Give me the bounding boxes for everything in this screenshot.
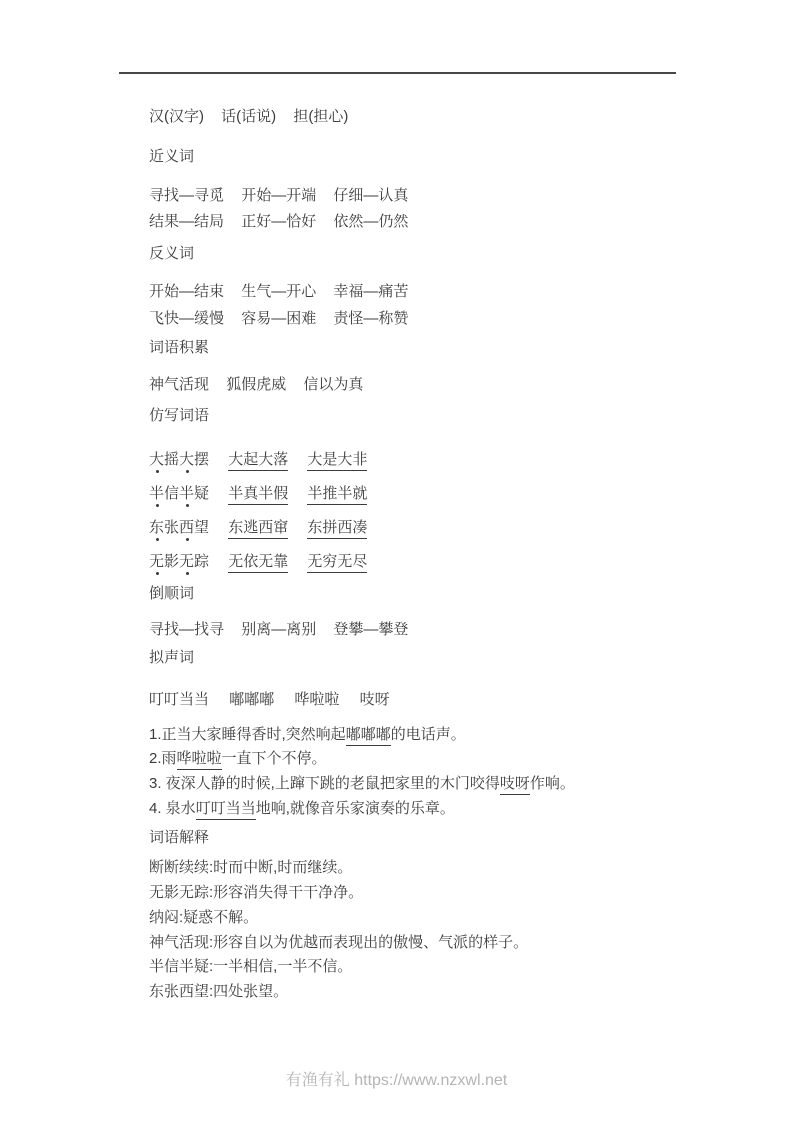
example-sentence: 1.正当大家睡得香时,突然响起嘟嘟嘟的电话声。 (149, 725, 749, 744)
vocab-word: 哗啦啦 (294, 691, 339, 708)
section-title-synonyms: 近义词 (149, 147, 749, 166)
vocab-word: 嘟嘟嘟 (229, 691, 274, 708)
section-title-accumulation: 词语积累 (149, 338, 749, 357)
word-pair: 登攀—攀登 (333, 621, 408, 638)
onomatopoeia-row: 叮叮当当 嘟嘟嘟 哗啦啦 吱呀 (149, 690, 749, 709)
section-title-reversible: 倒顺词 (149, 584, 749, 603)
imitation-word-underlined: 无依无靠 (228, 553, 288, 573)
word-pair: 开始—开端 (241, 187, 316, 204)
imitation-word-underlined: 半推半就 (307, 485, 367, 505)
word-pair: 寻找—寻觅 (149, 187, 224, 204)
sentence-text: 的电话声。 (391, 726, 466, 743)
imitation-word-underlined: 无穷无尽 (307, 553, 367, 573)
word-pair: 正好—恰好 (241, 213, 316, 230)
synonym-row: 寻找—寻觅 开始—开端 仔细—认真 (149, 186, 749, 205)
section-title-antonyms: 反义词 (149, 244, 749, 263)
sentence-marked-word: 哗啦啦 (177, 750, 222, 770)
sentence-text: 1.正当大家睡得香时,突然响起 (149, 726, 346, 743)
example-sentence: 2.雨哗啦啦一直下个不停。 (149, 749, 749, 768)
section-title-imitation: 仿写词语 (149, 406, 749, 425)
model-word-dotted: 东张西望 (149, 519, 209, 536)
vocab-word: 信以为真 (303, 376, 363, 393)
sentence-text: 4. 泉水 (149, 800, 196, 817)
sentence-text: 作响。 (530, 775, 575, 792)
word-pair: 容易—困难 (241, 310, 316, 327)
sentence-marked-word: 吱呀 (500, 775, 530, 795)
imitation-row: 无影无踪 无依无靠 无穷无尽 (149, 552, 749, 571)
imitation-word-underlined: 大起大落 (228, 451, 288, 471)
vocab-word: 吱呀 (360, 691, 390, 708)
sentence-text: 一直下个不停。 (222, 750, 327, 767)
definition-item: 纳闷:疑惑不解。 (149, 908, 749, 927)
document-content: 汉(汉字) 话(话说) 担(担心) 近义词 寻找—寻觅 开始—开端 仔细—认真 … (149, 107, 749, 1001)
word-pair: 别离—离别 (241, 621, 316, 638)
section-title-onomatopoeia: 拟声词 (149, 648, 749, 667)
word-form: 汉(汉字) (149, 108, 204, 125)
sentence-text: 3. 夜深人静的时候,上蹿下跳的老鼠把家里的木门咬得 (149, 775, 500, 792)
sentence-marked-word: 嘟嘟嘟 (346, 726, 391, 746)
word-pair: 结果—结局 (149, 213, 224, 230)
sentence-text: 地响,就像音乐家演奏的乐章。 (256, 800, 455, 817)
definition-item: 东张西望:四处张望。 (149, 982, 749, 1001)
footer-watermark: 有渔有礼 https://www.nzxwl.net (0, 1071, 793, 1090)
accumulation-row: 神气活现 狐假虎威 信以为真 (149, 375, 749, 394)
imitation-word-underlined: 半真半假 (228, 485, 288, 505)
word-pair: 依然—仍然 (333, 213, 408, 230)
definition-item: 断断续续:时而中断,时而继续。 (149, 858, 749, 877)
word-pair: 幸福—痛苦 (333, 283, 408, 300)
example-sentence: 4. 泉水叮叮当当地响,就像音乐家演奏的乐章。 (149, 799, 749, 818)
header-rule (119, 72, 676, 74)
antonym-row: 飞快—缓慢 容易—困难 责怪—称赞 (149, 309, 749, 328)
reversible-row: 寻找—找寻 别离—离别 登攀—攀登 (149, 620, 749, 639)
section-title-definitions: 词语解释 (149, 828, 749, 847)
word-pair: 生气—开心 (241, 283, 316, 300)
model-word-dotted: 无影无踪 (149, 553, 209, 570)
definition-item: 神气活现:形容自以为优越而表现出的傲慢、气派的样子。 (149, 933, 749, 952)
synonym-row: 结果—结局 正好—恰好 依然—仍然 (149, 212, 749, 231)
word-pair: 仔细—认真 (333, 187, 408, 204)
imitation-row: 大摇大摆 大起大落 大是大非 (149, 450, 749, 469)
imitation-word-underlined: 东逃西窜 (228, 519, 288, 539)
model-word-dotted: 大摇大摆 (149, 451, 209, 468)
document-page: 汉(汉字) 话(话说) 担(担心) 近义词 寻找—寻觅 开始—开端 仔细—认真 … (0, 0, 793, 1122)
imitation-word-underlined: 大是大非 (307, 451, 367, 471)
word-pair: 开始—结束 (149, 283, 224, 300)
imitation-word-underlined: 东拼西凑 (307, 519, 367, 539)
word-pair: 责怪—称赞 (333, 310, 408, 327)
model-word-dotted: 半信半疑 (149, 485, 209, 502)
word-form: 话(话说) (221, 108, 276, 125)
vocab-word: 神气活现 (149, 376, 209, 393)
antonym-row: 开始—结束 生气—开心 幸福—痛苦 (149, 282, 749, 301)
example-sentence: 3. 夜深人静的时候,上蹿下跳的老鼠把家里的木门咬得吱呀作响。 (149, 774, 749, 793)
imitation-row: 半信半疑 半真半假 半推半就 (149, 484, 749, 503)
word-forms-line: 汉(汉字) 话(话说) 担(担心) (149, 107, 749, 126)
vocab-word: 狐假虎威 (226, 376, 286, 393)
word-form: 担(担心) (293, 108, 348, 125)
definition-item: 半信半疑:一半相信,一半不信。 (149, 957, 749, 976)
sentence-text: 2.雨 (149, 750, 177, 767)
definition-item: 无影无踪:形容消失得干干净净。 (149, 883, 749, 902)
word-pair: 飞快—缓慢 (149, 310, 224, 327)
sentence-marked-word: 叮叮当当 (196, 800, 256, 820)
imitation-row: 东张西望 东逃西窜 东拼西凑 (149, 518, 749, 537)
word-pair: 寻找—找寻 (149, 621, 224, 638)
vocab-word: 叮叮当当 (149, 691, 209, 708)
